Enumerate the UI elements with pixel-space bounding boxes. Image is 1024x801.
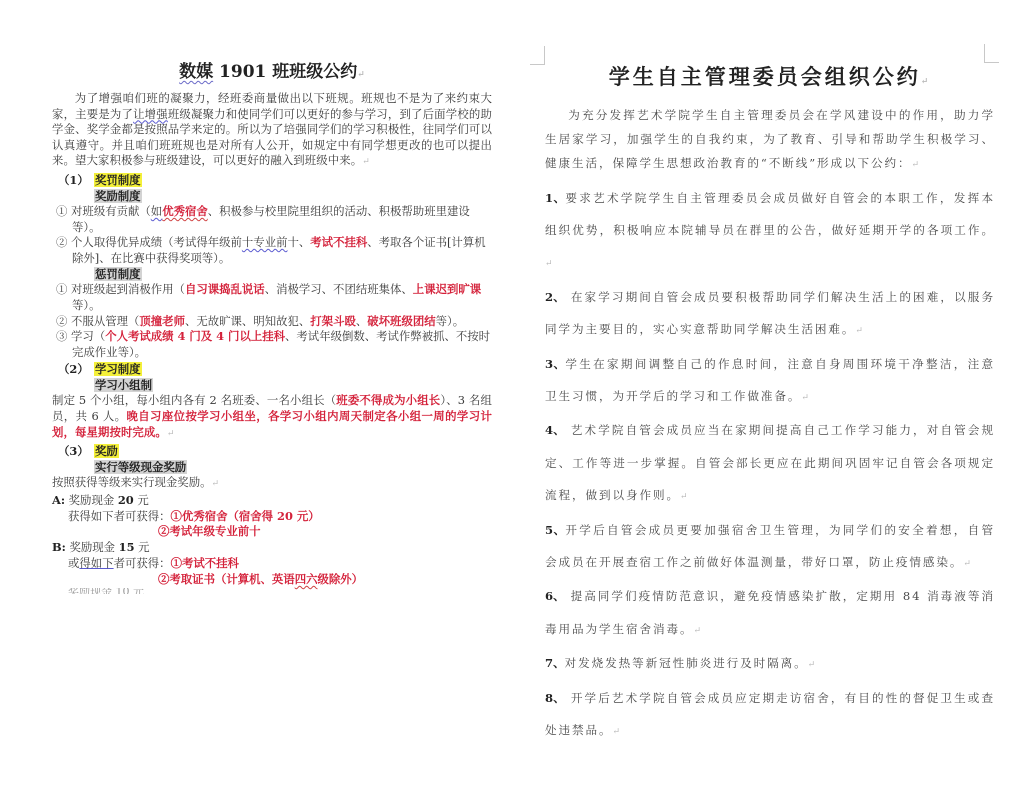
award-tier-a: A: 奖励现金 20 元: [52, 493, 492, 509]
award-tier-a-conditions: 获得如下者可获得：①优秀宿舍（宿舍得 20 元）: [52, 509, 492, 525]
award-tier-b-condition-2: ②考取证书（计算机、英语四六级除外）: [52, 572, 492, 588]
rule-item: 4、 艺术学院自管会成员应当在家期间提高自己工作学习能力，对自管会规定、工作等进…: [545, 414, 995, 513]
rule-item: 6、 提高同学们疫情防范意识，避免疫情感染扩散，定期用 84 消毒液等消毒用品为…: [545, 580, 995, 647]
award-tier-b: B: 奖励现金 15 元: [52, 540, 492, 556]
student-committee-document: 学生自主管理委员会组织公约↵ 为充分发挥艺术学院学生自主管理委员会在学风建设中的…: [545, 40, 995, 749]
rule-item: 3、学生在家期间调整自己的作息时间，注意自身周围环境干净整洁，注意卫生习惯，为开…: [545, 348, 995, 415]
class-rules-document: 数媒 1901 班班级公约↵ 为了增强咱们班的凝聚力，经班委商量做出以下班规。班…: [52, 60, 492, 594]
rule-item: 5、开学后自管会成员更要加强宿舍卫生管理，为同学们的安全着想，自管会成员在开展查…: [545, 514, 995, 581]
award-tier-a-condition-2: ②考试年级专业前十: [52, 524, 492, 540]
penalty-item-3: ③ 学习（个人考试成绩 4 门及 4 门以上挂科、考试年级倒数、考试作弊被抓、不…: [52, 329, 492, 360]
rule-item: 8、 开学后艺术学院自管会成员应定期走访宿舍，有目的性的督促卫生或查处违禁品。↵: [545, 682, 995, 749]
cutoff-line: 奖励现金 10 元: [52, 588, 492, 594]
section-heading-rewards-penalties: （1）奖罚制度: [58, 172, 492, 188]
award-tier-b-conditions: 或得如下者可获得：①考试不挂科: [52, 556, 492, 572]
reward-item-2: ② 个人取得优异成绩（考试得年级前十专业前十、考试不挂科、考取各个证书[计算机除…: [52, 235, 492, 266]
document-title: 数媒 1901 班班级公约↵: [52, 60, 492, 87]
subheading-study-groups: 学习小组制: [94, 377, 492, 393]
study-group-paragraph: 制定 5 个小组，每小组内各有 2 名班委、一名小组长（班委不得成为小组长）、3…: [52, 393, 492, 442]
page-corner-mark-left: [530, 46, 545, 65]
rule-item: 1、要求艺术学院学生自主管理委员会成员做好自管会的本职工作，发挥本组织优势，积极…: [545, 182, 995, 281]
rule-item: 2、 在家学习期间自管会成员要积极帮助同学们解决生活上的困难，以服务同学为主要目…: [545, 281, 995, 348]
penalty-item-1: ① 对班级起到消极作用（自习课捣乱说话、消极学习、不团结班集体、上课迟到旷课等）…: [52, 282, 492, 313]
penalty-item-2: ② 不服从管理（顶撞老师、无故旷课、明知故犯、打架斗殴、破坏班级团结等）。: [52, 314, 492, 330]
award-intro: 按照获得等级来实行现金奖励。↵: [52, 475, 492, 493]
document-title: 学生自主管理委员会组织公约↵: [545, 62, 995, 97]
rule-item: 7、对发烧发热等新冠性肺炎进行及时隔离。↵: [545, 647, 995, 681]
reward-item-1: ① 对班级有贡献（如优秀宿舍、积极参与校里院里组织的活动、积极帮助班里建设等）。: [52, 204, 492, 235]
intro-paragraph: 为了增强咱们班的凝聚力，经班委商量做出以下班规。班规也不是为了来约束大家，主要是…: [52, 91, 492, 171]
subheading-reward-system: 奖励制度: [94, 188, 492, 204]
subheading-penalty-system: 惩罚制度: [94, 266, 492, 282]
section-heading-awards: （3）奖励: [58, 443, 492, 459]
intro-paragraph: 为充分发挥艺术学院学生自主管理委员会在学风建设中的作用，助力学生居家学习，加强学…: [545, 103, 995, 178]
section-heading-study-system: （2）学习制度: [58, 361, 492, 377]
subheading-cash-awards: 实行等级现金奖励: [94, 459, 492, 475]
